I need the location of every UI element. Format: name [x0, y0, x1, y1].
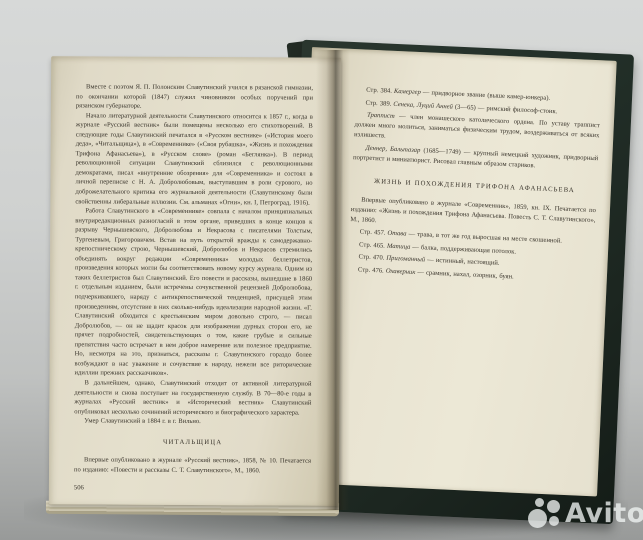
glossary-definition: — придворное звание (выше камер-юнкера).: [421, 89, 551, 102]
glossary-term: Деннер, Бальтазар: [365, 144, 420, 153]
glossary-definition: — срамник, нахал, озорник, буян.: [415, 269, 514, 280]
paragraph: Начало литературной деятельности Славути…: [75, 111, 312, 208]
avito-wordmark: Avito: [565, 497, 643, 530]
glossary-definition: — балка, поддерживающая потолок.: [410, 243, 516, 255]
glossary-term: Траппист: [367, 112, 395, 120]
paragraph: Работа Славутинского в «Современнике» со…: [74, 206, 312, 379]
paragraph: В дальнейшем, однако, Славутинский отход…: [74, 378, 311, 417]
page-ref: Стр. 470.: [358, 253, 384, 261]
left-page: Вместе с поэтом Я. П. Полонским Славутин…: [49, 56, 341, 506]
glossary-term: Отава: [387, 230, 406, 238]
glossary-term: Сенека, Луций Анней: [393, 100, 453, 110]
gutter-shadow: [316, 50, 350, 510]
glossary-definition: — истинный, настоящий.: [425, 256, 500, 266]
glossary-definition: (3—65) — римский философ-стоик.: [453, 103, 558, 115]
page-ref: Стр. 457.: [360, 228, 386, 236]
section-heading-left: ЧИТАЛЬЩИЦА: [74, 437, 311, 448]
paragraph: Умер Славутинский в 1884 г. в г. Вильно.: [74, 417, 311, 428]
photo-background: Стр. 384.Камергер — придворное звание (в…: [0, 0, 643, 540]
page-ref: Стр. 384.: [366, 87, 392, 95]
page-ref: Стр. 476.: [358, 266, 384, 274]
avito-watermark: Avito: [528, 497, 643, 530]
glossary-term: Матица: [387, 242, 411, 250]
glossary-term: Охаверник: [386, 267, 416, 275]
source-note-left: Впервые опубликовано в журнале «Русский …: [74, 456, 311, 476]
left-page-text: Вместе с поэтом Я. П. Полонским Славутин…: [49, 56, 341, 494]
paragraph: Вместе с поэтом Я. П. Полонским Славутин…: [76, 82, 313, 112]
glossary-term: Камергер: [394, 88, 421, 96]
glossary-term: Пригоманный: [386, 255, 425, 264]
page-ref: Стр. 389.: [365, 99, 391, 107]
page-ref: Стр. 465.: [359, 241, 385, 249]
page-number: 506: [74, 484, 311, 495]
section-heading-right: ЖИЗНЬ И ПОХОЖДЕНИЯ ТРИФОНА АФАНАСЬЕВА: [352, 176, 597, 197]
avito-logo-icon: [528, 497, 561, 530]
